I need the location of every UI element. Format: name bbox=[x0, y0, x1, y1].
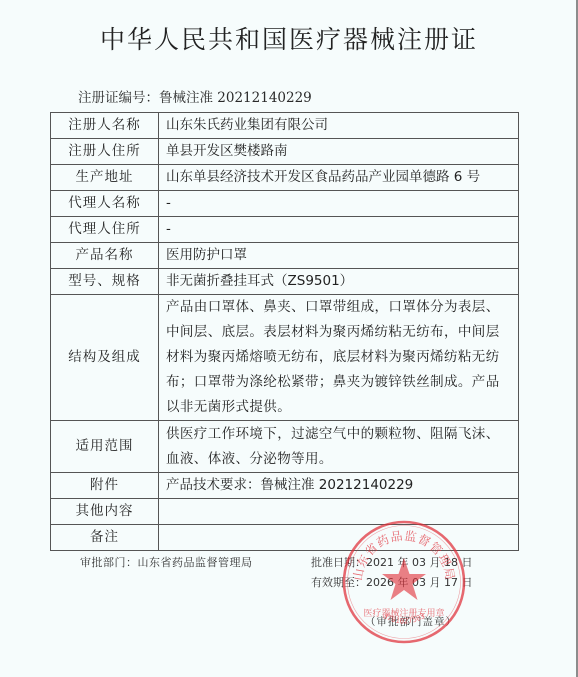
table-row-other: 其他内容 bbox=[51, 499, 519, 525]
table-row-remarks: 备注 bbox=[51, 525, 519, 551]
certificate-title: 中华人民共和国医疗器械注册证 bbox=[0, 20, 578, 56]
row-label: 其他内容 bbox=[51, 499, 159, 525]
table-row-product-name: 产品名称 医用防护口罩 bbox=[51, 243, 519, 269]
row-value: 山东朱氏药业集团有限公司 bbox=[159, 113, 519, 139]
certificate-table: 注册人名称 山东朱氏药业集团有限公司 注册人住所 单县开发区樊楼路南 生产地址 … bbox=[50, 112, 519, 551]
row-label: 注册人名称 bbox=[51, 113, 159, 139]
row-value bbox=[159, 525, 519, 551]
row-label: 结构及组成 bbox=[51, 295, 159, 421]
row-value: - bbox=[159, 191, 519, 217]
table-row-scope: 适用范围 供医疗工作环境下，过滤空气中的颗粒物、阻隔飞沫、血液、体液、分泌物等用… bbox=[51, 421, 519, 473]
registration-number-value: 鲁械注准 20212140229 bbox=[159, 90, 312, 106]
table-row-production-address: 生产地址 山东单县经济技术开发区食品药品产业园单德路 6 号 bbox=[51, 165, 519, 191]
row-value bbox=[159, 499, 519, 525]
table-row-attachment: 附件 产品技术要求：鲁械注准 20212140229 bbox=[51, 473, 519, 499]
row-label: 代理人住所 bbox=[51, 217, 159, 243]
table-row-registrant-name: 注册人名称 山东朱氏药业集团有限公司 bbox=[51, 113, 519, 139]
stamp-note: （审批部门盖章） bbox=[365, 614, 457, 629]
valid-until-date: 有效期至：2026 年 03 月 17 日 bbox=[311, 573, 472, 593]
date-block: 批准日期：2021 年 03 月 18 日 有效期至：2026 年 03 月 1… bbox=[311, 553, 472, 593]
row-label: 备注 bbox=[51, 525, 159, 551]
row-label: 附件 bbox=[51, 473, 159, 499]
approval-department: 审批部门：山东省药品监督管理局 bbox=[80, 554, 253, 570]
row-label: 生产地址 bbox=[51, 165, 159, 191]
row-value: 非无菌折叠挂耳式（ZS9501） bbox=[159, 269, 519, 295]
table-row-agent-address: 代理人住所 - bbox=[51, 217, 519, 243]
registration-number: 注册证编号：鲁械注准 20212140229 bbox=[78, 86, 312, 106]
row-value: 医用防护口罩 bbox=[159, 243, 519, 269]
row-label: 产品名称 bbox=[51, 243, 159, 269]
row-value: 产品技术要求：鲁械注准 20212140229 bbox=[159, 473, 519, 499]
row-value: 山东单县经济技术开发区食品药品产业园单德路 6 号 bbox=[159, 165, 519, 191]
row-value: - bbox=[159, 217, 519, 243]
row-label: 型号、规格 bbox=[51, 269, 159, 295]
row-value: 产品由口罩体、鼻夹、口罩带组成，口罩体分为表层、中间层、底层。表层材料为聚丙烯纺… bbox=[159, 295, 519, 421]
table-row-model-spec: 型号、规格 非无菌折叠挂耳式（ZS9501） bbox=[51, 269, 519, 295]
approval-date: 批准日期：2021 年 03 月 18 日 bbox=[311, 553, 472, 573]
table-row-registrant-address: 注册人住所 单县开发区樊楼路南 bbox=[51, 139, 519, 165]
row-value: 单县开发区樊楼路南 bbox=[159, 139, 519, 165]
row-label: 适用范围 bbox=[51, 421, 159, 473]
row-label: 注册人住所 bbox=[51, 139, 159, 165]
row-label: 代理人名称 bbox=[51, 191, 159, 217]
row-value: 供医疗工作环境下，过滤空气中的颗粒物、阻隔飞沫、血液、体液、分泌物等用。 bbox=[159, 421, 519, 473]
registration-number-label: 注册证编号： bbox=[78, 90, 159, 106]
table-row-structure: 结构及组成 产品由口罩体、鼻夹、口罩带组成，口罩体分为表层、中间层、底层。表层材… bbox=[51, 295, 519, 421]
table-row-agent-name: 代理人名称 - bbox=[51, 191, 519, 217]
